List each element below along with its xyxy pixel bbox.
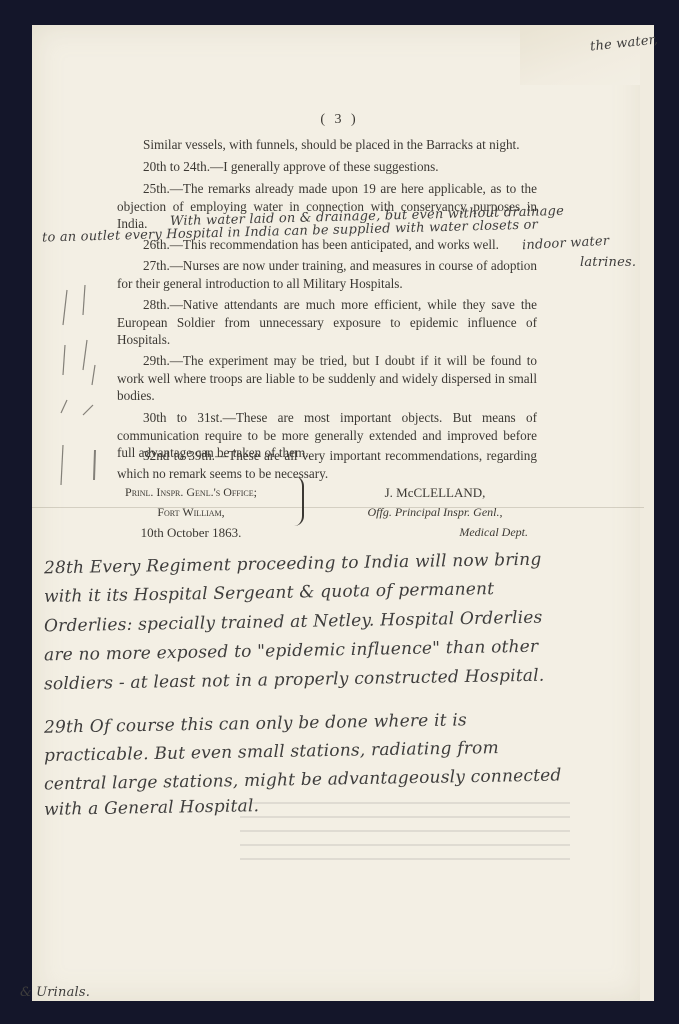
note-29-line: with a General Hospital. bbox=[44, 796, 260, 820]
office-line-1: Prinl. Inspr. Genl.'s Office; bbox=[86, 485, 296, 500]
annotation-bottom-left: & Urinals. bbox=[20, 985, 90, 1000]
paragraph-26: 26th.—This recommendation has been antic… bbox=[117, 236, 517, 254]
annotation-margin-26b: latrines. bbox=[580, 255, 636, 270]
signatory-name: J. McCLELLAND, bbox=[330, 485, 540, 501]
page-edge bbox=[640, 25, 654, 1001]
paragraph-20-24: 20th to 24th.—I generally approve of the… bbox=[117, 158, 537, 176]
paragraph-29: 29th.—The experiment may be tried, but I… bbox=[117, 352, 537, 405]
paragraph-27: 27th.—Nurses are now under training, and… bbox=[117, 257, 537, 292]
signatory-department: Medical Dept. bbox=[330, 525, 528, 540]
page-number: ( 3 ) bbox=[0, 112, 679, 128]
office-line-2: Fort William, bbox=[86, 505, 296, 520]
bleed-through-text bbox=[240, 790, 570, 870]
paragraph-32-39: 32nd to 39th.—These are all very importa… bbox=[117, 447, 537, 482]
paragraph-intro: Similar vessels, with funnels, should be… bbox=[117, 136, 537, 154]
signatory-title: Offg. Principal Inspr. Genl., bbox=[330, 505, 540, 520]
margin-pencil-marks bbox=[55, 285, 105, 485]
torn-corner bbox=[520, 25, 648, 85]
signature-brace bbox=[292, 476, 304, 526]
signature-date: 10th October 1863. bbox=[86, 525, 296, 541]
paragraph-28: 28th.—Native attendants are much more ef… bbox=[117, 296, 537, 349]
